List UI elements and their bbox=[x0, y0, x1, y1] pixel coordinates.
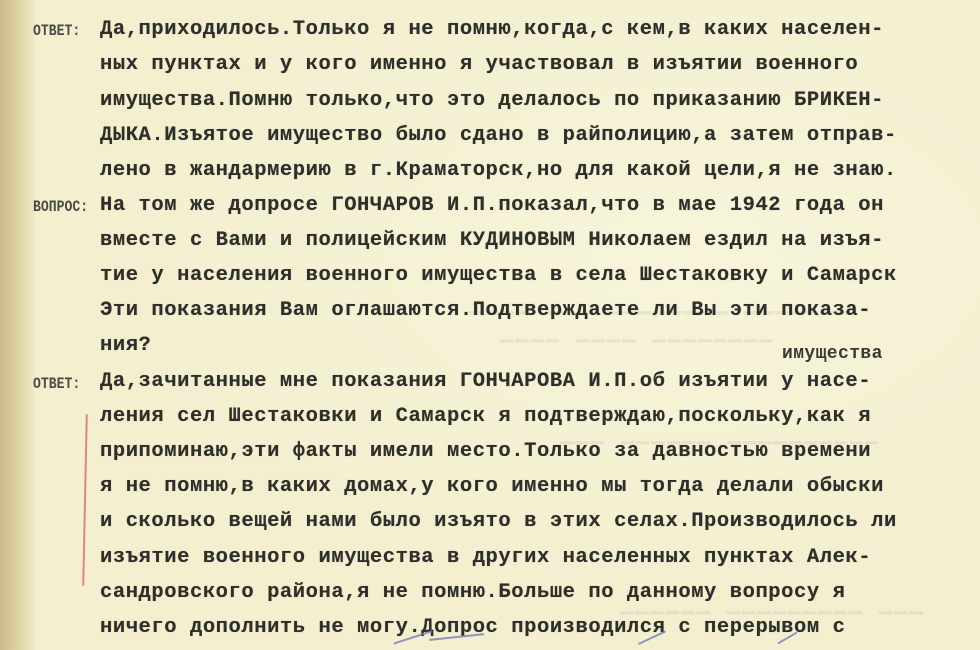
question-label: ВОПРОС: bbox=[33, 198, 88, 216]
text-line: ных пунктах и у кого именно я участвовал… bbox=[100, 53, 858, 76]
text-line: ления сел Шестаковки и Самарск я подтвер… bbox=[100, 405, 871, 428]
text-line: припоминаю,эти факты имели место.Только … bbox=[100, 440, 871, 463]
page-binding-edge bbox=[0, 0, 28, 650]
text-line: я не помню,в каких домах,у кого именно м… bbox=[100, 475, 884, 498]
text-line: На том же допросе ГОНЧАРОВ И.П.показал,ч… bbox=[100, 194, 884, 217]
text-line: лено в жандармерию в г.Краматорск,но для… bbox=[100, 159, 897, 182]
text-line: тие у населения военного имущества в сел… bbox=[100, 264, 897, 287]
answer-label: ОТВЕТ: bbox=[33, 375, 80, 393]
text-line: имущества.Помню только,что это делалось … bbox=[100, 89, 884, 112]
text-line: вместе с Вами и полицейским КУДИНОВЫМ Ни… bbox=[100, 229, 884, 252]
typed-insertion: имущества bbox=[782, 344, 883, 364]
text-line: ния? bbox=[100, 334, 151, 357]
binding-shadow bbox=[28, 0, 36, 650]
text-line: и сколько вещей нами было изъято в этих … bbox=[100, 510, 897, 533]
text-line: изъятие военного имущества в других насе… bbox=[100, 546, 871, 569]
answer-label: ОТВЕТ: bbox=[33, 22, 80, 40]
text-line: Эти показания Вам оглашаются.Подтверждае… bbox=[100, 299, 871, 322]
text-line: Да,приходилось.Только я не помню,когда,с… bbox=[100, 18, 884, 41]
text-line: ДЫКА.Изъятое имущество было сдано в райп… bbox=[100, 124, 897, 147]
text-line: Да,зачитанные мне показания ГОНЧАРОВА И.… bbox=[100, 370, 871, 393]
text-line: сандровского района,я не помню.Больше по… bbox=[100, 581, 845, 604]
